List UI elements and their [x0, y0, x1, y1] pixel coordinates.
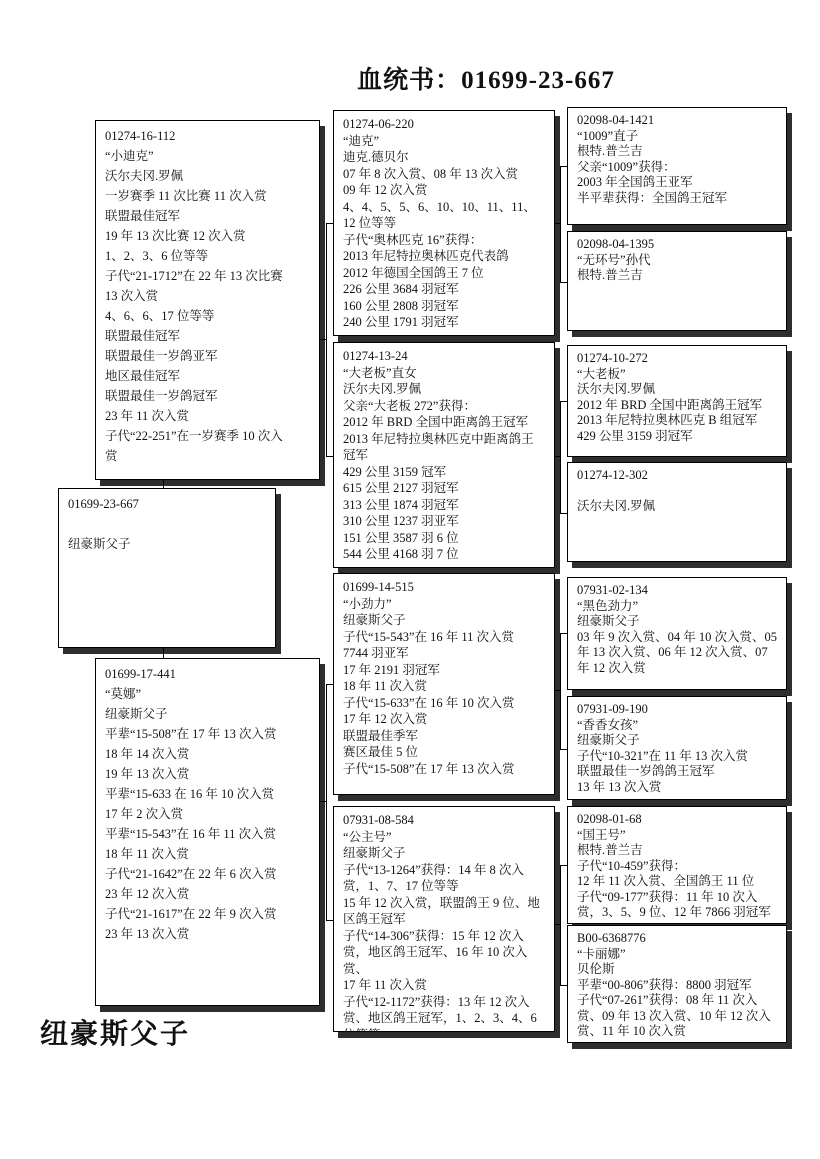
connector-mgd-stub [555, 924, 560, 925]
box-great-grand-4: 01274-12-302 沃尔夫冈.罗佩 [567, 462, 787, 562]
box-subject: 01699-23-667 纽豪斯父子 [58, 488, 276, 648]
connector-mgs-stub [555, 690, 560, 691]
box-great-grand-6: 07931-09-190 “香香女孩” 纽豪斯父子 子代“10-321”在 11… [567, 696, 787, 800]
loft-name: 纽豪斯父子 [40, 1012, 190, 1052]
connector-pgd-stub [555, 456, 560, 457]
connector-sire-bracket [326, 223, 334, 457]
box-maternal-granddam: 07931-08-584 “公主号” 纽豪斯父子 子代“13-1264”获得：1… [333, 806, 555, 1032]
connector-pgd-bracket [560, 401, 568, 514]
box-sire: 01274-16-112 “小迪克” 沃尔夫冈.罗佩 一岁赛季 11 次比赛 1… [95, 120, 320, 480]
pedigree-page: 血统书：01699-23-667 01274-16-112 “小迪克” 沃尔夫冈… [0, 0, 820, 1159]
page-title: 血统书：01699-23-667 [160, 60, 812, 96]
box-paternal-grandsire: 01274-06-220 “迪克” 迪克.德贝尔 07 年 8 次入赏、08 年… [333, 110, 555, 336]
connector-mgd-bracket [560, 865, 568, 986]
box-dam: 01699-17-441 “莫娜” 纽豪斯父子 平辈“15-508”在 17 年… [95, 658, 320, 1006]
box-great-grand-1: 02098-04-1421 “1009”直子 根特.普兰吉 父亲“1009”获得… [567, 107, 787, 225]
box-maternal-grandsire: 01699-14-515 “小劲力” 纽豪斯父子 子代“15-543”在 16 … [333, 573, 555, 795]
connector-mgs-bracket [560, 633, 568, 750]
box-great-grand-5: 07931-02-134 “黑色劲力” 纽豪斯父子 03 年 9 次入赏、04 … [567, 577, 787, 690]
connector-dam-stub [320, 801, 326, 802]
connector-pgs-stub [555, 223, 560, 224]
connector-pgs-bracket [560, 166, 568, 283]
box-great-grand-3: 01274-10-272 “大老板” 沃尔夫冈.罗佩 2012 年 BRD 全国… [567, 345, 787, 457]
connector-dam-bracket [326, 684, 334, 921]
connector-sire-subject [163, 480, 164, 488]
box-great-grand-7: 02098-01-68 “国王号” 根特.普兰吉 子代“10-459”获得： 1… [567, 806, 787, 924]
box-great-grand-8: B00-6368776 “卡丽娜” 贝伦斯 平辈“00-806”获得：8800 … [567, 925, 787, 1043]
connector-subject-dam [163, 648, 164, 658]
connector-sire-stub [320, 339, 326, 340]
box-great-grand-2: 02098-04-1395 “无环号”孙代 根特.普兰吉 [567, 231, 787, 331]
box-paternal-granddam: 01274-13-24 “大老板”直女 沃尔夫冈.罗佩 父亲“大老板 272”获… [333, 342, 555, 568]
